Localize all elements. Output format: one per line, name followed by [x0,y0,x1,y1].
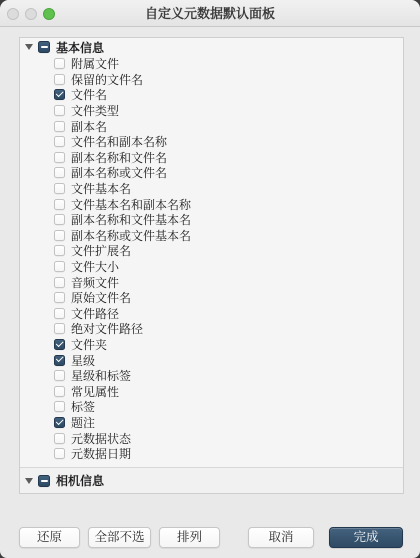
traffic-lights [7,8,55,20]
item-label: 常见属性 [71,383,119,400]
list-item: 文件夹 [20,337,403,353]
check-glyph [56,339,63,346]
list-item: 文件类型 [20,103,403,119]
item-label: 保留的文件名 [71,71,143,88]
item-label: 副本名称和文件基本名 [71,211,191,228]
list-item: 副本名称和文件基本名 [20,212,403,228]
item-checkbox[interactable] [54,74,65,85]
list-item: 星级 [20,352,403,368]
dialog-window: 自定义元数据默认面板 基本信息附属文件保留的文件名文件名文件类型副本名文件名和副… [0,0,420,558]
item-checkbox[interactable] [54,323,65,334]
list-item: 文件名 [20,87,403,103]
list-item: 副本名称或文件名 [20,165,403,181]
item-checkbox[interactable] [54,214,65,225]
list-item: 常见属性 [20,383,403,399]
item-label: 副本名称或文件名 [71,164,167,181]
item-checkbox[interactable] [54,152,65,163]
minus-glyph [41,46,48,48]
list-item: 文件扩展名 [20,243,403,259]
item-checkbox[interactable] [54,121,65,132]
restore-button[interactable]: 还原 [19,527,80,548]
list-item: 文件基本名和副本名称 [20,196,403,212]
item-label: 副本名 [71,118,107,135]
item-checkbox[interactable] [54,58,65,69]
item-label: 文件基本名和副本名称 [71,196,191,213]
list-item: 标签 [20,399,403,415]
section-label: 相机信息 [56,472,104,489]
item-label: 文件名和副本名称 [71,133,167,150]
item-label: 文件类型 [71,102,119,119]
item-checkbox[interactable] [54,245,65,256]
item-checkbox[interactable] [54,167,65,178]
item-label: 附属文件 [71,55,119,72]
item-checkbox[interactable] [54,448,65,459]
list-item: 副本名称或文件基本名 [20,228,403,244]
disclosure-triangle-icon[interactable] [25,478,33,484]
item-label: 文件路径 [71,305,119,322]
list-item: 元数据状态 [20,430,403,446]
item-label: 元数据状态 [71,430,131,447]
section-label: 基本信息 [56,39,104,56]
item-checkbox[interactable] [54,339,65,350]
item-label: 原始文件名 [71,289,131,306]
item-label: 绝对文件路径 [71,320,143,337]
item-label: 星级 [71,352,95,369]
item-label: 文件夹 [71,336,107,353]
item-checkbox[interactable] [54,89,65,100]
minus-glyph [41,480,48,482]
item-checkbox[interactable] [54,370,65,381]
item-checkbox[interactable] [54,183,65,194]
list-item: 文件大小 [20,259,403,275]
list-item: 星级和标签 [20,368,403,384]
section-header: 相机信息 [20,467,403,493]
section-header: 基本信息 [20,38,403,56]
list-item: 文件路径 [20,306,403,322]
close-window-button[interactable] [7,8,19,20]
item-label: 星级和标签 [71,367,131,384]
list-item: 原始文件名 [20,290,403,306]
section-checkbox[interactable] [38,41,50,53]
item-checkbox[interactable] [54,308,65,319]
item-label: 副本名称或文件基本名 [71,227,191,244]
item-checkbox[interactable] [54,292,65,303]
zoom-window-button[interactable] [43,8,55,20]
check-glyph [56,90,63,97]
disclosure-triangle-icon[interactable] [25,44,33,50]
done-button[interactable]: 完成 [329,527,403,548]
item-checkbox[interactable] [54,199,65,210]
list-item: 副本名称和文件名 [20,150,403,166]
item-label: 文件基本名 [71,180,131,197]
list-item: 副本名 [20,118,403,134]
item-label: 标签 [71,398,95,415]
cancel-button[interactable]: 取消 [248,527,314,548]
check-glyph [56,417,63,424]
item-label: 音频文件 [71,274,119,291]
item-label: 文件名 [71,86,107,103]
list-item: 文件基本名 [20,181,403,197]
list-item: 音频文件 [20,274,403,290]
item-checkbox[interactable] [54,386,65,397]
item-label: 文件扩展名 [71,242,131,259]
item-checkbox[interactable] [54,433,65,444]
item-checkbox[interactable] [54,401,65,412]
item-checkbox[interactable] [54,417,65,428]
item-checkbox[interactable] [54,261,65,272]
list-item: 题注 [20,415,403,431]
item-label: 副本名称和文件名 [71,149,167,166]
metadata-list: 基本信息附属文件保留的文件名文件名文件类型副本名文件名和副本名称副本名称和文件名… [19,37,404,494]
deselect-all-button[interactable]: 全部不选 [88,527,151,548]
item-checkbox[interactable] [54,105,65,116]
list-item: 文件名和副本名称 [20,134,403,150]
window-title: 自定义元数据默认面板 [0,0,420,27]
item-checkbox[interactable] [54,277,65,288]
section-checkbox[interactable] [38,475,50,487]
minimize-window-button[interactable] [25,8,37,20]
list-item: 绝对文件路径 [20,321,403,337]
title-bar: 自定义元数据默认面板 [0,0,420,27]
arrange-button[interactable]: 排列 [159,527,220,548]
check-glyph [56,355,63,362]
item-checkbox[interactable] [54,355,65,366]
item-checkbox[interactable] [54,230,65,241]
list-item: 元数据日期 [20,446,403,462]
item-label: 文件大小 [71,258,119,275]
item-label: 元数据日期 [71,445,131,462]
item-checkbox[interactable] [54,136,65,147]
list-item: 附属文件 [20,56,403,72]
list-item: 保留的文件名 [20,72,403,88]
item-label: 题注 [71,414,95,431]
